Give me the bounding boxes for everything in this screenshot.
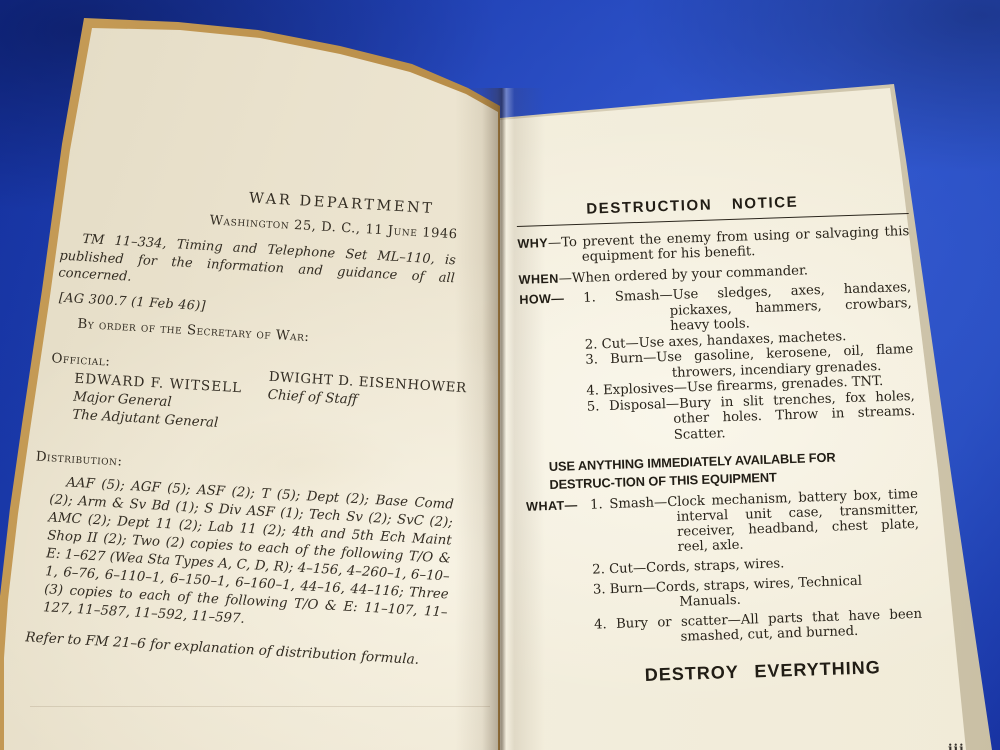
use-anything-heading: USE ANYTHING IMMEDIATELY AVAILABLE FOR D… xyxy=(525,446,902,494)
distribution-text: AAF (5); AGF (5); ASF (2); T (5); Dept (… xyxy=(27,472,455,640)
official-column: Official: EDWARD F. WITSELL Major Genera… xyxy=(38,350,270,436)
signature-block: Official: EDWARD F. WITSELL Major Genera… xyxy=(38,350,461,447)
when-text: —When ordered by your commander. xyxy=(558,263,808,286)
how-list: HOW—1. Smash—Use sledges, axes, handaxes… xyxy=(519,280,916,448)
photo-of-open-manual: { "left_page": { "heading": "WAR DEPARTM… xyxy=(0,0,1000,750)
what-item-1-text: 1. Smash—Clock mechanism, battery box, t… xyxy=(590,487,919,555)
left-page-content: WAR DEPARTMENT Washington 25, D. C., 11 … xyxy=(25,176,471,671)
why-label: WHY xyxy=(517,235,548,250)
when-label: WHEN xyxy=(518,271,559,286)
what-list: WHAT—1. Smash—Clock mechanism, battery b… xyxy=(526,487,923,650)
why-text: —To prevent the enemy from using or salv… xyxy=(548,223,910,264)
page-number: iii xyxy=(948,742,965,750)
right-page-content: DESTRUCTION NOTICE WHY—To prevent the en… xyxy=(516,187,924,687)
what-item-4: 4. Bury or scatter—All parts that have b… xyxy=(530,607,923,650)
what-item-1: WHAT—1. Smash—Clock mechanism, battery b… xyxy=(526,487,920,560)
chief-of-staff-column: DWIGHT D. EISENHOWER Chief of Staff xyxy=(265,369,459,446)
what-label: WHAT— xyxy=(526,498,578,515)
how-label: HOW— xyxy=(519,291,564,308)
how-item-1-text: 1. Smash—Use sledges, axes, handaxes, pi… xyxy=(583,280,912,334)
